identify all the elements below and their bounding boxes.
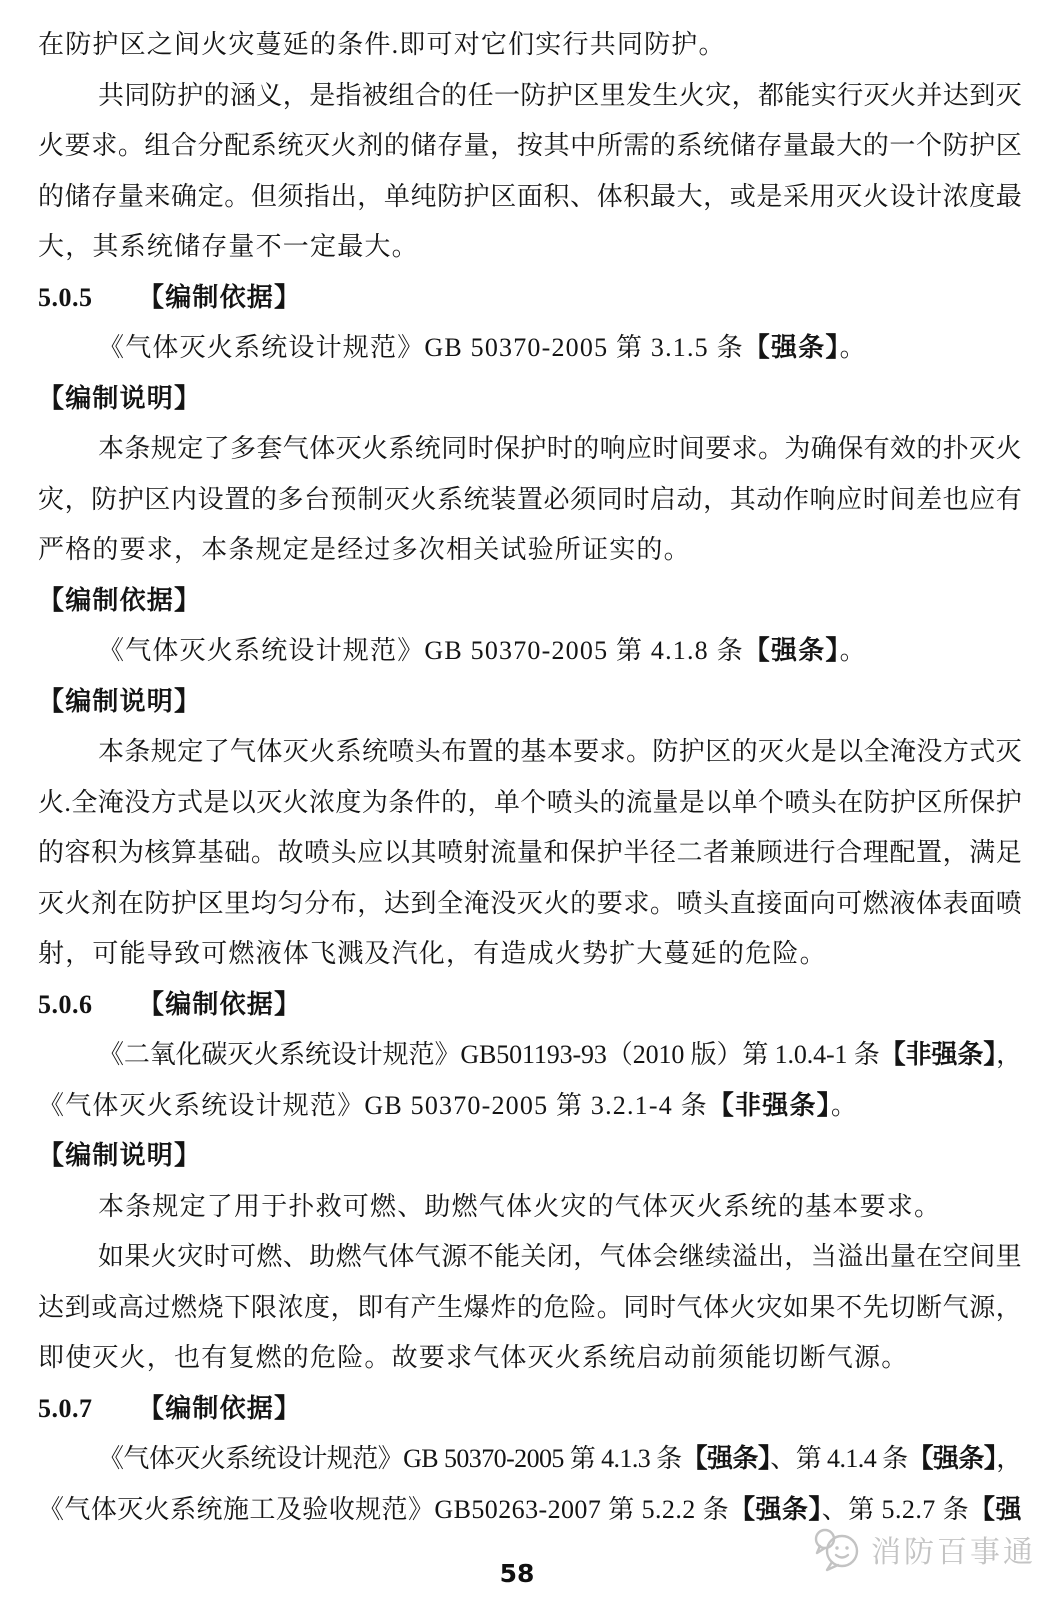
text-line: 本条规定了多套气体灭火系统同时保护时的响应时间要求。为确保有效的扑灭火: [38, 424, 1022, 475]
emphasis-text: 【非强条】: [708, 1091, 831, 1120]
text-line: 达到或高过燃烧下限浓度，即有产生爆炸的危险。同时气体火灾如果不先切断气源，: [38, 1283, 1022, 1334]
text-line: 《气体灭火系统设计规范》GB 50370-2005 第 4.1.3 条【强条】、…: [38, 1434, 1022, 1485]
text-line: 《气体灭火系统设计规范》GB 50370-2005 第 4.1.8 条【强条】。: [38, 626, 1022, 677]
emphasis-text: 【编制依据】: [138, 283, 301, 312]
text-segment: 的储存量来确定。但须指出，单纯防护区面积、体积最大，或是采用灭火设计浓度最: [38, 182, 1022, 211]
text-segment: 《气体灭火系统设计规范》GB 50370-2005 第 4.1.3 条: [98, 1444, 682, 1473]
emphasis-text: 【强: [969, 1495, 1022, 1524]
text-segment: 达到或高过燃烧下限浓度，即有产生爆炸的危险。同时气体火灾如果不先切断气源，: [38, 1293, 1022, 1322]
text-segment: 。: [831, 1091, 858, 1120]
text-segment: 严格的要求，本条规定是经过多次相关试验所证实的。: [38, 535, 691, 564]
text-segment: 即使灭火，也有复燃的危险。故要求气体灭火系统启动前须能切断气源。: [38, 1343, 908, 1372]
text-segment: 射，可能导致可燃液体飞溅及汽化，有造成火势扩大蔓延的危险。: [38, 939, 827, 968]
text-line: 的储存量来确定。但须指出，单纯防护区面积、体积最大，或是采用灭火设计浓度最: [38, 172, 1022, 223]
section-number: 5.0.6: [38, 980, 138, 1031]
emphasis-text: 【强条】: [908, 1444, 997, 1473]
page-number: 58: [0, 1559, 1034, 1588]
text-segment: 的容积为核算基础。故喷头应以其喷射流量和保护半径二者兼顾进行合理配置，满足: [38, 838, 1022, 867]
text-line: 灭火剂在防护区里均匀分布，达到全淹没灭火的要求。喷头直接面向可燃液体表面喷: [38, 879, 1022, 930]
text-segment: ，: [996, 1444, 1021, 1473]
section-heading-line: 5.0.7【编制依据】: [38, 1384, 1022, 1435]
section-number: 5.0.5: [38, 273, 138, 324]
text-line: 《气体灭火系统设计规范》GB 50370-2005 第 3.1.5 条【强条】。: [38, 323, 1022, 374]
emphasis-text: 【强条】: [682, 1444, 771, 1473]
section-heading-line: 5.0.5【编制依据】: [38, 273, 1022, 324]
emphasis-text: 【强条】: [729, 1495, 822, 1524]
text-line: 的容积为核算基础。故喷头应以其喷射流量和保护半径二者兼顾进行合理配置，满足: [38, 828, 1022, 879]
text-segment: 本条规定了气体灭火系统喷头布置的基本要求。防护区的灭火是以全淹没方式灭: [98, 737, 1022, 766]
text-segment: 本条规定了多套气体灭火系统同时保护时的响应时间要求。为确保有效的扑灭火: [98, 434, 1022, 463]
section-number: 5.0.7: [38, 1384, 138, 1435]
text-line: 【编制说明】: [38, 374, 1022, 425]
text-line: 《气体灭火系统设计规范》GB 50370-2005 第 3.2.1-4 条【非强…: [38, 1081, 1022, 1132]
text-segment: 《气体灭火系统设计规范》GB 50370-2005 第 3.2.1-4 条: [38, 1091, 708, 1120]
text-segment: 。: [840, 636, 867, 665]
text-line: 即使灭火，也有复燃的危险。故要求气体灭火系统启动前须能切断气源。: [38, 1333, 1022, 1384]
text-segment: 《二氧化碳灭火系统设计规范》GB501193-93（2010 版）第 1.0.4…: [98, 1040, 880, 1069]
text-line: 严格的要求，本条规定是经过多次相关试验所证实的。: [38, 525, 1022, 576]
text-line: 《气体灭火系统施工及验收规范》GB50263-2007 第 5.2.2 条【强条…: [38, 1485, 1022, 1536]
text-segment: 共同防护的涵义，是指被组合的任一防护区里发生火灾，都能实行灭火并达到灭: [98, 81, 1022, 110]
text-segment: 火要求。组合分配系统灭火剂的储存量，按其中所需的系统储存量最大的一个防护区: [38, 131, 1022, 160]
text-line: 灾，防护区内设置的多台预制灭火系统装置必须同时启动，其动作响应时间差也应有: [38, 475, 1022, 526]
emphasis-text: 【强条】: [744, 636, 840, 665]
text-line: 火要求。组合分配系统灭火剂的储存量，按其中所需的系统储存量最大的一个防护区: [38, 121, 1022, 172]
text-line: 如果火灾时可燃、助燃气体气源不能关闭，气体会继续溢出，当溢出量在空间里: [38, 1232, 1022, 1283]
document-content: 在防护区之间火灾蔓延的条件.即可对它们实行共同防护。共同防护的涵义，是指被组合的…: [38, 20, 1022, 1535]
text-segment: 《气体灭火系统设计规范》GB 50370-2005 第 4.1.8 条: [98, 636, 744, 665]
emphasis-text: 【编制依据】: [38, 586, 201, 615]
text-line: 大，其系统储存量不一定最大。: [38, 222, 1022, 273]
text-line: 本条规定了用于扑救可燃、助燃气体火灾的气体灭火系统的基本要求。: [38, 1182, 1022, 1233]
text-segment: 在防护区之间火灾蔓延的条件.即可对它们实行共同防护。: [38, 30, 726, 59]
text-line: 共同防护的涵义，是指被组合的任一防护区里发生火灾，都能实行灭火并达到灭: [38, 71, 1022, 122]
text-segment: 、第 4.1.4 条: [770, 1444, 907, 1473]
emphasis-text: 【编制依据】: [138, 990, 301, 1019]
text-segment: 灭火剂在防护区里均匀分布，达到全淹没灭火的要求。喷头直接面向可燃液体表面喷: [38, 889, 1022, 918]
text-segment: 、第 5.2.7 条: [822, 1495, 969, 1524]
emphasis-text: 【编制依据】: [138, 1394, 301, 1423]
text-segment: 灾，防护区内设置的多台预制灭火系统装置必须同时启动，其动作响应时间差也应有: [38, 485, 1022, 514]
emphasis-text: 【编制说明】: [38, 1141, 201, 1170]
text-line: 【编制说明】: [38, 677, 1022, 728]
text-line: 射，可能导致可燃液体飞溅及汽化，有造成火势扩大蔓延的危险。: [38, 929, 1022, 980]
document-page: 在防护区之间火灾蔓延的条件.即可对它们实行共同防护。共同防护的涵义，是指被组合的…: [0, 0, 1058, 1600]
text-segment: 大，其系统储存量不一定最大。: [38, 232, 419, 261]
section-heading-line: 5.0.6【编制依据】: [38, 980, 1022, 1031]
text-line: 本条规定了气体灭火系统喷头布置的基本要求。防护区的灭火是以全淹没方式灭: [38, 727, 1022, 778]
text-segment: ，: [996, 1040, 1022, 1069]
emphasis-text: 【编制说明】: [38, 687, 201, 716]
text-segment: 。: [840, 333, 867, 362]
text-line: 《二氧化碳灭火系统设计规范》GB501193-93（2010 版）第 1.0.4…: [38, 1030, 1022, 1081]
text-segment: 《气体灭火系统施工及验收规范》GB50263-2007 第 5.2.2 条: [38, 1495, 729, 1524]
text-segment: 本条规定了用于扑救可燃、助燃气体火灾的气体灭火系统的基本要求。: [98, 1192, 941, 1221]
text-segment: 如果火灾时可燃、助燃气体气源不能关闭，气体会继续溢出，当溢出量在空间里: [98, 1242, 1022, 1271]
text-segment: 《气体灭火系统设计规范》GB 50370-2005 第 3.1.5 条: [98, 333, 744, 362]
emphasis-text: 【强条】: [744, 333, 840, 362]
text-line: 火.全淹没方式是以灭火浓度为条件的，单个喷头的流量是以单个喷头在防护区所保护: [38, 778, 1022, 829]
emphasis-text: 【编制说明】: [38, 384, 201, 413]
text-segment: 火.全淹没方式是以灭火浓度为条件的，单个喷头的流量是以单个喷头在防护区所保护: [38, 788, 1022, 817]
emphasis-text: 【非强条】: [880, 1040, 996, 1069]
text-line: 【编制依据】: [38, 576, 1022, 627]
text-line: 【编制说明】: [38, 1131, 1022, 1182]
text-line: 在防护区之间火灾蔓延的条件.即可对它们实行共同防护。: [38, 20, 1022, 71]
